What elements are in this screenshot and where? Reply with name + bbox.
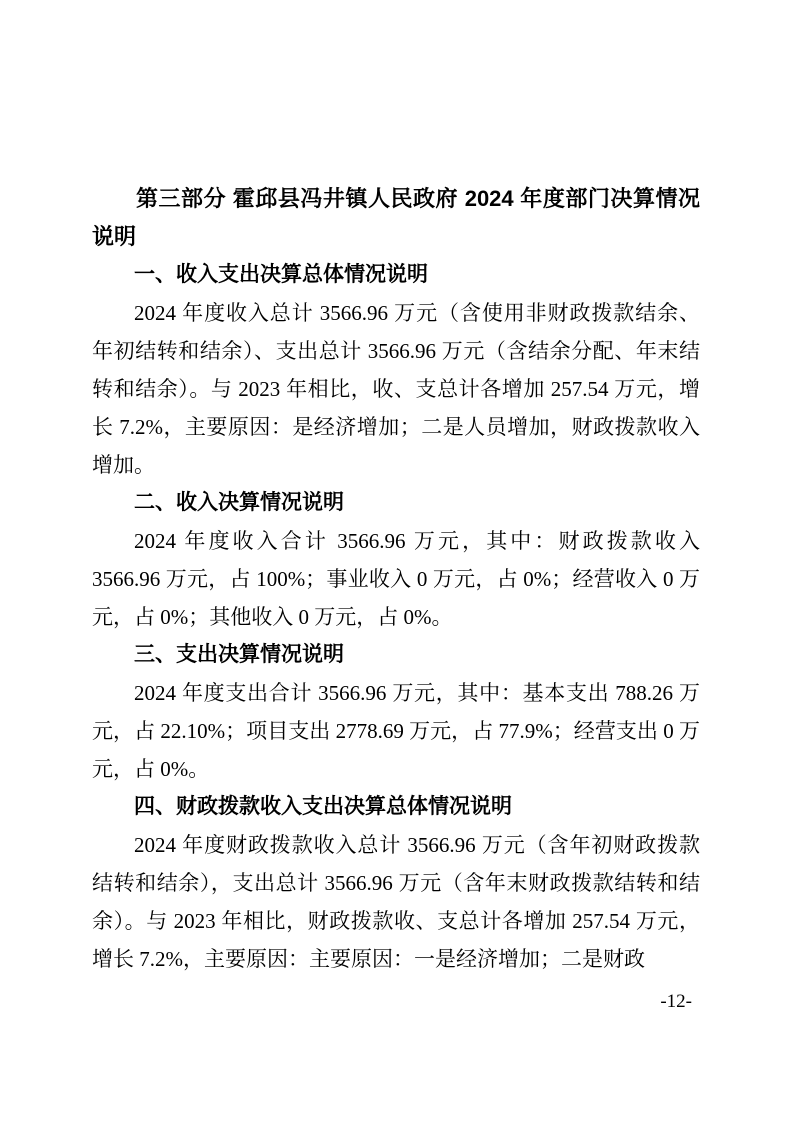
page-number: -12-: [660, 991, 692, 1013]
section-income-details: 二、收入决算情况说明 2024 年度收入合计 3566.96 万元，其中：财政拨…: [92, 484, 700, 636]
section-fiscal-appropriation-overview: 四、财政拨款收入支出决算总体情况说明 2024 年度财政拨款收入总计 3566.…: [92, 788, 700, 978]
document-page: 第三部分 霍邱县冯井镇人民政府 2024 年度部门决算情况说明 一、收入支出决算…: [0, 0, 793, 1122]
section-1-heading: 一、收入支出决算总体情况说明: [92, 256, 700, 294]
document-title: 第三部分 霍邱县冯井镇人民政府 2024 年度部门决算情况说明: [92, 180, 700, 256]
section-income-expenditure-overview: 一、收入支出决算总体情况说明 2024 年度收入总计 3566.96 万元（含使…: [92, 256, 700, 484]
section-4-paragraph: 2024 年度财政拨款收入总计 3566.96 万元（含年初财政拨款结转和结余）…: [92, 826, 700, 978]
section-1-paragraph: 2024 年度收入总计 3566.96 万元（含使用非财政拨款结余、年初结转和结…: [92, 294, 700, 484]
section-4-heading: 四、财政拨款收入支出决算总体情况说明: [92, 788, 700, 826]
section-expenditure-details: 三、支出决算情况说明 2024 年度支出合计 3566.96 万元，其中：基本支…: [92, 636, 700, 788]
document-content: 第三部分 霍邱县冯井镇人民政府 2024 年度部门决算情况说明 一、收入支出决算…: [92, 180, 700, 978]
section-3-heading: 三、支出决算情况说明: [92, 636, 700, 674]
section-2-paragraph: 2024 年度收入合计 3566.96 万元，其中：财政拨款收入 3566.96…: [92, 522, 700, 636]
section-3-paragraph: 2024 年度支出合计 3566.96 万元，其中：基本支出 788.26 万元…: [92, 674, 700, 788]
section-2-heading: 二、收入决算情况说明: [92, 484, 700, 522]
